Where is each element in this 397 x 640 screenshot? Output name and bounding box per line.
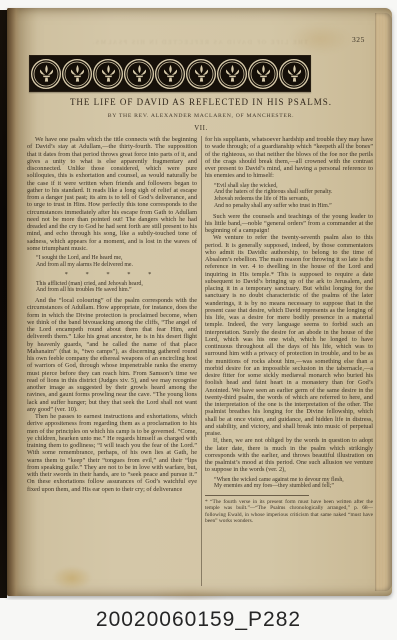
fleur-de-lis-medallion-icon xyxy=(217,59,247,89)
text-columns: We have one psalm which the title connec… xyxy=(27,136,373,592)
text-column-left: We have one psalm which the title connec… xyxy=(27,136,197,592)
fleur-de-lis-medallion-icon xyxy=(124,59,154,89)
verse-line: My enemies and my foes—they stumbled and… xyxy=(214,483,373,490)
footnote: * “The fourth verse in its present form … xyxy=(205,499,373,524)
verse-line: And no penalty shall any suffer who trus… xyxy=(214,203,373,210)
paragraph: Such were the counsels and teachings of … xyxy=(205,213,373,235)
catalog-label-area: 20020060159_P282 xyxy=(0,600,397,640)
column-divider-rule xyxy=(201,136,202,586)
section-heading: VII. xyxy=(27,125,375,132)
fleur-de-lis-medallion-icon xyxy=(155,59,185,89)
gutter-page-curl xyxy=(7,8,20,596)
verse-quote: “When the wicked came against me to devo… xyxy=(214,477,373,491)
paragraph: If, then, we are not obliged by the word… xyxy=(205,437,373,473)
fleur-de-lis-medallion-icon xyxy=(279,59,309,89)
text-column-right: for his suppliants, whatsoever hardship … xyxy=(205,136,373,592)
spine-shadow xyxy=(0,10,7,598)
asterism-row: * * * * * xyxy=(27,272,197,278)
fleur-de-lis-medallion-icon xyxy=(62,59,92,89)
paragraph: Then he passes to earnest instructions a… xyxy=(27,413,197,493)
book-scan: THE LIFE OF DAVID AS REFLECTED IN HIS PS… xyxy=(0,0,397,640)
fleur-de-lis-medallion-icon xyxy=(248,59,278,89)
verse-line: And from all his troubles He saved him.” xyxy=(36,287,197,294)
verse-line: And from all my alarms He delivered me. xyxy=(36,262,197,269)
paragraph: We venture to refer the twenty-seventh p… xyxy=(205,234,373,437)
page-number: 325 xyxy=(352,35,365,44)
paragraph: for his suppliants, whatsoever hardship … xyxy=(205,136,373,180)
verse-quote: This afflicted (man) cried, and Jehovah … xyxy=(36,281,197,295)
verse-line: “I sought the Lord, and He heard me, xyxy=(36,255,197,262)
page-content: 325 THE LIFE OF DAVID AS REFLECTED IN HI… xyxy=(27,8,375,596)
catalog-label: 20020060159_P282 xyxy=(96,608,301,632)
article-title: THE LIFE OF DAVID AS REFLECTED IN HIS PS… xyxy=(27,97,375,107)
paragraph: We have one psalm which the title connec… xyxy=(27,136,197,252)
footnote-rule xyxy=(205,495,309,496)
fleur-de-lis-ornament-band xyxy=(29,55,311,92)
article-byline: BY THE REV. ALEXANDER MACLAREN, OF MANCH… xyxy=(27,113,375,119)
paragraph: And the “local colouring” of the psalm c… xyxy=(27,297,197,413)
verse-quote: “Evil shall slay the wicked,And the hate… xyxy=(214,183,373,210)
fleur-de-lis-medallion-icon xyxy=(186,59,216,89)
verse-line: Jehovah redeems the life of His servants… xyxy=(214,196,373,203)
verse-quote: “I sought the Lord, and He heard me,And … xyxy=(36,255,197,269)
page-fore-edge xyxy=(375,13,392,591)
fleur-de-lis-medallion-icon xyxy=(31,59,61,89)
fleur-de-lis-medallion-icon xyxy=(93,59,123,89)
